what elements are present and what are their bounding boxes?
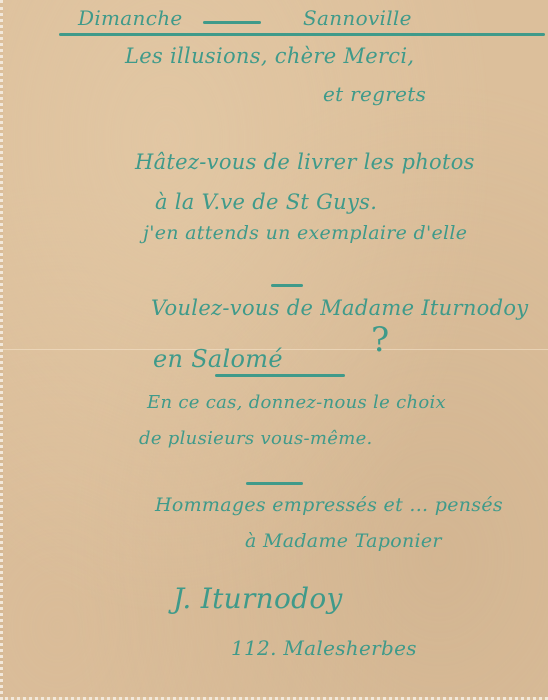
signature-name: J. Iturnodoy bbox=[173, 582, 343, 615]
header-place: Sannoville bbox=[303, 6, 412, 30]
letter-paper: Dimanche Sannoville Les illusions, chère… bbox=[0, 0, 548, 700]
paragraph-1-line-3: j'en attends un exemplaire d'elle bbox=[143, 222, 467, 244]
paragraph-2-line-2: en Salomé bbox=[153, 345, 283, 373]
signature-address: 112. Malesherbes bbox=[231, 636, 417, 660]
paragraph-2-question-mark: ? bbox=[371, 320, 390, 360]
paragraph-3-line-1: En ce cas, donnez-nous le choix bbox=[147, 392, 446, 413]
salutation-line-2: et regrets bbox=[323, 82, 426, 106]
salutation-line-1: Les illusions, chère Merci, bbox=[125, 44, 414, 68]
closing-line-1: Hommages empressés et ... pensés bbox=[155, 494, 503, 516]
closing-line-2: à Madame Taponier bbox=[245, 530, 442, 552]
header-dash bbox=[203, 21, 261, 24]
section-divider-2 bbox=[246, 482, 303, 485]
header-underline bbox=[59, 33, 545, 36]
header-day: Dimanche bbox=[78, 6, 183, 30]
salome-underline bbox=[215, 374, 345, 377]
section-divider-1 bbox=[271, 284, 303, 287]
paragraph-2-line-1: Voulez-vous de Madame Iturnodoy bbox=[151, 296, 528, 320]
paragraph-1-line-2: à la V.ve de St Guys. bbox=[155, 190, 377, 214]
paragraph-3-line-2: de plusieurs vous-même. bbox=[139, 428, 373, 449]
paragraph-1-line-1: Hâtez-vous de livrer les photos bbox=[135, 150, 475, 174]
